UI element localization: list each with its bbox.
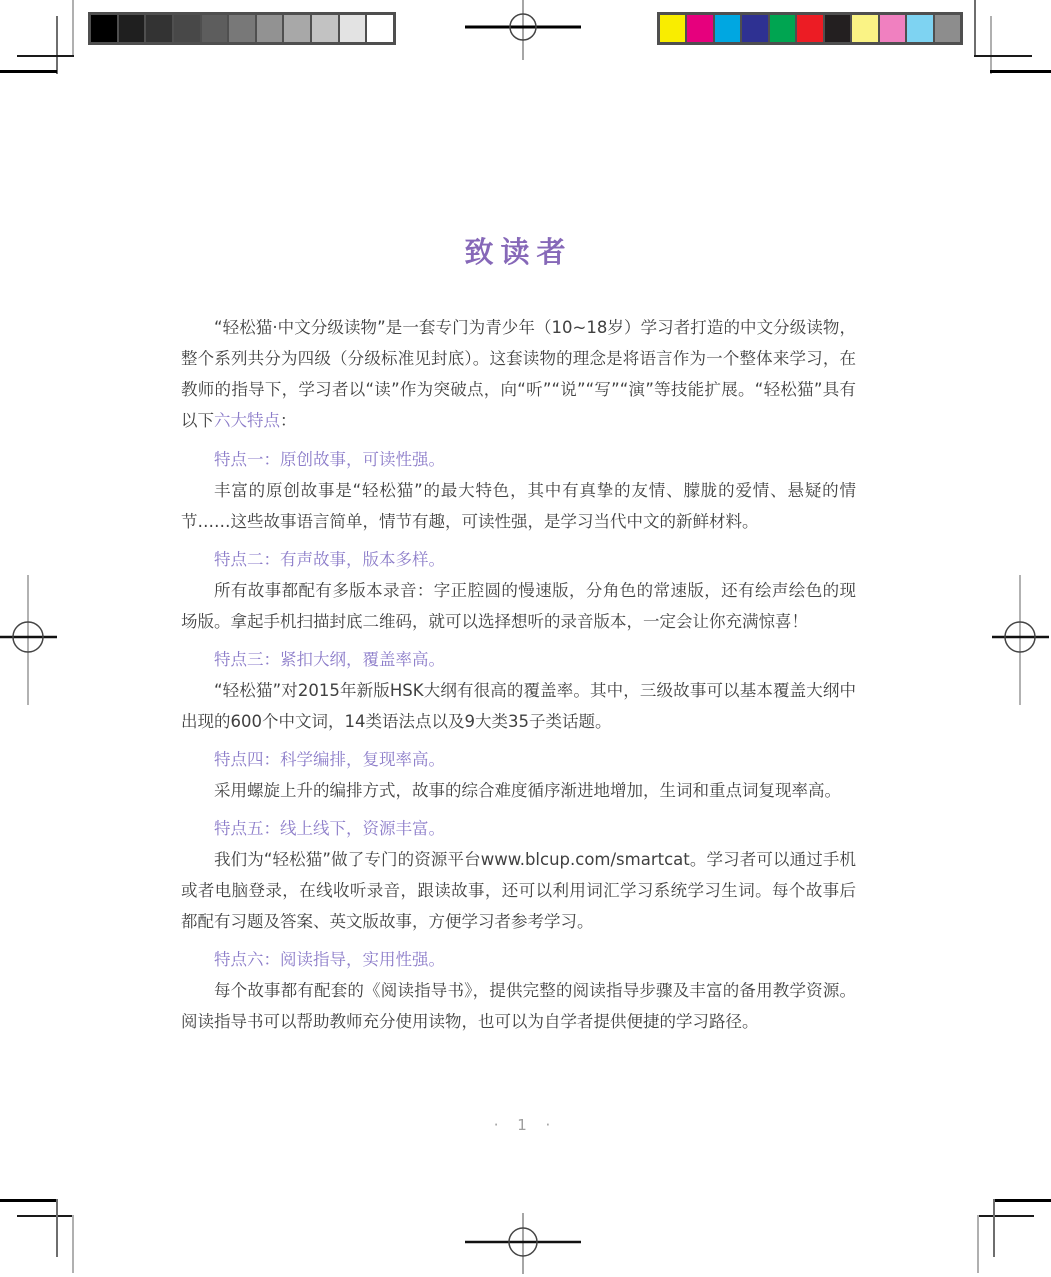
color-swatch <box>797 15 822 42</box>
crop-mark <box>977 1215 1034 1217</box>
crop-mark <box>993 1199 995 1257</box>
crop-mark <box>990 70 1051 73</box>
color-swatch <box>229 15 255 42</box>
feature-body: “轻松猫”对2015年新版HSK大纲有很高的覆盖率。其中，三级故事可以基本覆盖大… <box>181 675 856 737</box>
intro-paragraph: “轻松猫·中文分级读物”是一套专门为青少年（10~18岁）学习者打造的中文分级读… <box>181 312 856 436</box>
color-swatch <box>742 15 767 42</box>
intro-highlight: 六大特点 <box>214 411 280 430</box>
color-swatch <box>119 15 145 42</box>
grayscale-calibration-bar <box>88 12 396 45</box>
color-swatch <box>257 15 283 42</box>
feature-heading: 特点五：线上线下，资源丰富。 <box>181 813 856 844</box>
feature-section-5: 特点五：线上线下，资源丰富。 我们为“轻松猫”做了专门的资源平台www.blcu… <box>181 813 856 937</box>
feature-heading: 特点六：阅读指导，实用性强。 <box>181 944 856 975</box>
color-swatch <box>91 15 117 42</box>
crop-mark <box>17 55 74 57</box>
intro-suffix: ： <box>280 411 297 430</box>
registration-mark-icon <box>460 1208 586 1277</box>
color-swatch <box>340 15 366 42</box>
feature-section-2: 特点二：有声故事，版本多样。 所有故事都配有多版本录音：字正腔圆的慢速版，分角色… <box>181 544 856 637</box>
crop-mark <box>977 1215 979 1273</box>
color-swatch <box>825 15 850 42</box>
crop-mark <box>0 1199 57 1202</box>
feature-section-1: 特点一：原创故事，可读性强。 丰富的原创故事是“轻松猫”的最大特色，其中有真挚的… <box>181 444 856 537</box>
feature-heading: 特点二：有声故事，版本多样。 <box>181 544 856 575</box>
feature-body: 丰富的原创故事是“轻松猫”的最大特色，其中有真挚的友情、朦胧的爱情、悬疑的情节…… <box>181 475 856 537</box>
page-title: 致读者 <box>181 236 856 268</box>
color-swatch <box>852 15 877 42</box>
registration-mark-icon <box>460 0 586 64</box>
registration-mark-icon <box>0 575 60 705</box>
feature-body: 采用螺旋上升的编排方式，故事的综合难度循序渐进地增加，生词和重点词复现率高。 <box>181 775 856 806</box>
crop-mark <box>72 0 74 56</box>
crop-mark <box>990 16 992 74</box>
color-swatch <box>312 15 338 42</box>
color-swatch <box>660 15 685 42</box>
color-swatch <box>202 15 228 42</box>
feature-section-3: 特点三：紧扣大纲，覆盖率高。 “轻松猫”对2015年新版HSK大纲有很高的覆盖率… <box>181 644 856 737</box>
crop-mark <box>72 1215 74 1273</box>
feature-heading: 特点三：紧扣大纲，覆盖率高。 <box>181 644 856 675</box>
registration-mark-icon <box>991 575 1051 705</box>
color-swatch <box>715 15 740 42</box>
feature-body: 所有故事都配有多版本录音：字正腔圆的慢速版，分角色的常速版，还有绘声绘色的现场版… <box>181 575 856 637</box>
feature-heading: 特点一：原创故事，可读性强。 <box>181 444 856 475</box>
color-swatch <box>770 15 795 42</box>
crop-mark <box>974 55 1032 57</box>
crop-mark <box>0 70 57 73</box>
color-swatch <box>367 15 393 42</box>
crop-mark <box>974 0 976 56</box>
feature-section-4: 特点四：科学编排，复现率高。 采用螺旋上升的编排方式，故事的综合难度循序渐进地增… <box>181 744 856 806</box>
color-swatch <box>284 15 310 42</box>
crop-mark <box>56 16 58 74</box>
feature-heading: 特点四：科学编排，复现率高。 <box>181 744 856 775</box>
crop-mark <box>56 1199 58 1257</box>
color-swatch <box>907 15 932 42</box>
color-swatch <box>174 15 200 42</box>
crop-mark <box>17 1215 74 1217</box>
color-swatch <box>687 15 712 42</box>
feature-section-6: 特点六：阅读指导，实用性强。 每个故事都有配套的《阅读指导书》，提供完整的阅读指… <box>181 944 856 1037</box>
color-calibration-bar <box>657 12 963 45</box>
feature-body: 我们为“轻松猫”做了专门的资源平台www.blcup.com/smartcat。… <box>181 844 856 937</box>
color-swatch <box>935 15 960 42</box>
page-content: 致读者 “轻松猫·中文分级读物”是一套专门为青少年（10~18岁）学习者打造的中… <box>181 236 856 1037</box>
page-number: · 1 · <box>0 1116 1051 1134</box>
color-swatch <box>880 15 905 42</box>
color-swatch <box>146 15 172 42</box>
feature-body: 每个故事都有配套的《阅读指导书》，提供完整的阅读指导步骤及丰富的备用教学资源。阅… <box>181 975 856 1037</box>
crop-mark <box>993 1199 1051 1202</box>
